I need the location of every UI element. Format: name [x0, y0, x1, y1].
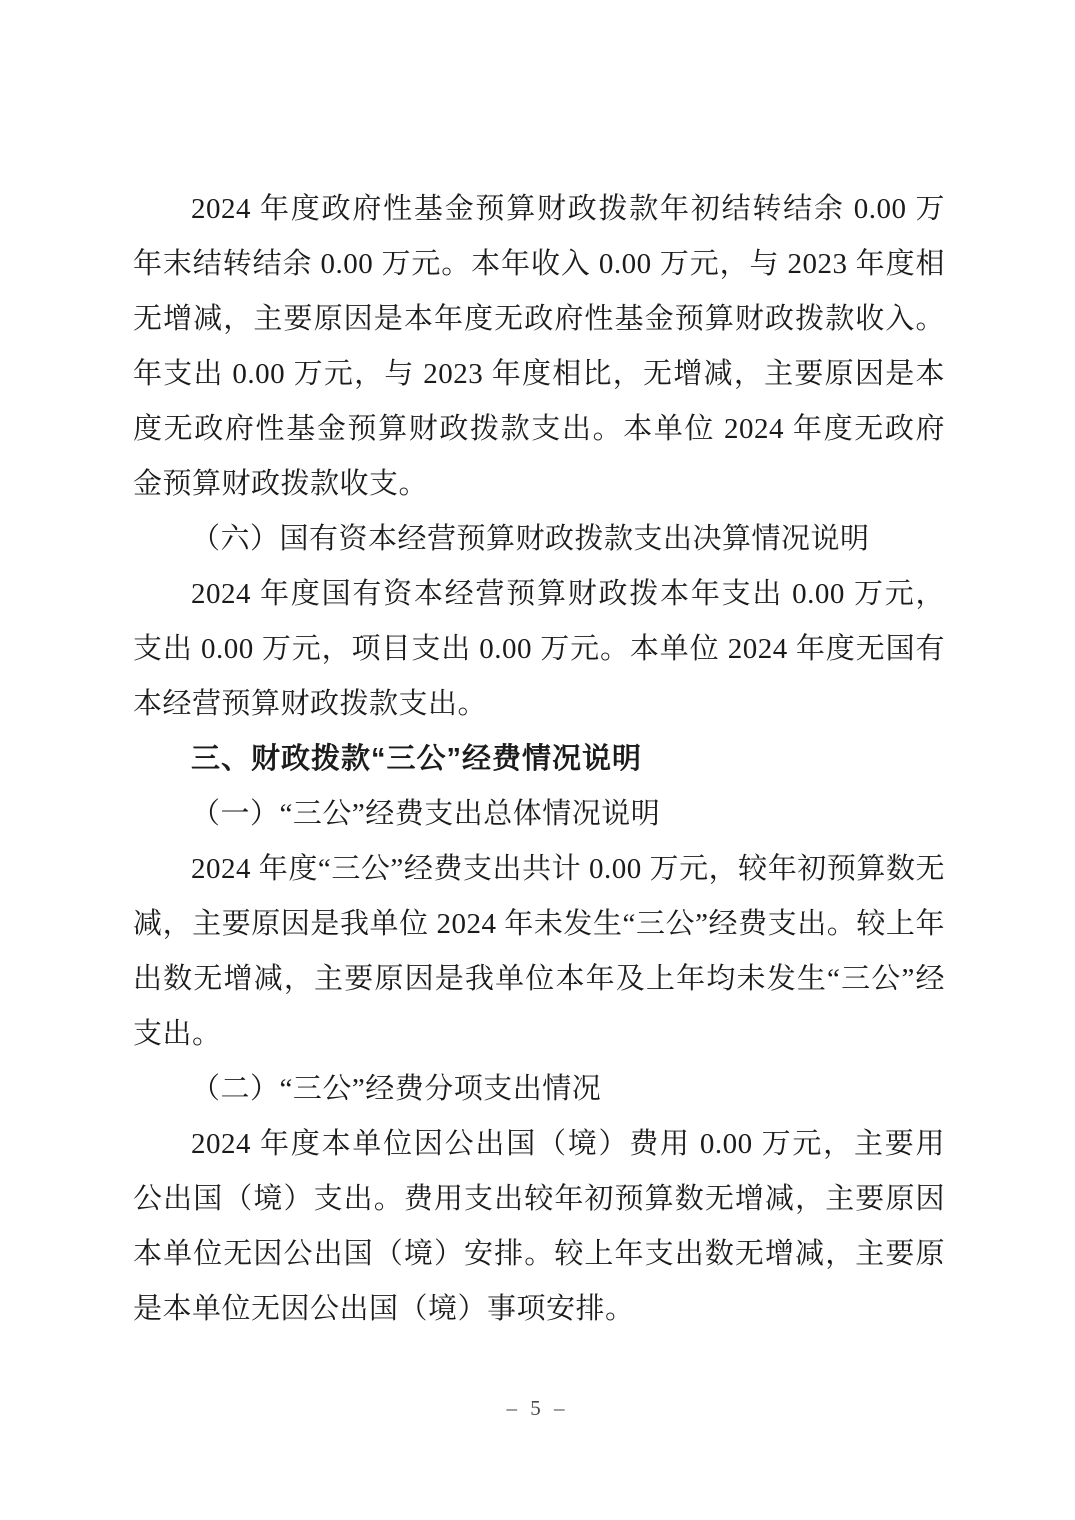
document-body: 2024 年度政府性基金预算财政拨款年初结转结余 0.00 万元， 年末结转结余…	[133, 182, 945, 1337]
paragraph-line: 支出。	[133, 1007, 945, 1062]
paragraph-line: 是本单位无因公出国（境）事项安排。	[133, 1282, 945, 1337]
paragraph-line: 无增减，主要原因是本年度无政府性基金预算财政拨款收入。本	[133, 292, 945, 347]
paragraph-line: 支出 0.00 万元，项目支出 0.00 万元。本单位 2024 年度无国有资	[133, 622, 945, 677]
paragraph-line: 减，主要原因是我单位 2024 年未发生“三公”经费支出。较上年支	[133, 897, 945, 952]
paragraph-line: 金预算财政拨款收支。	[133, 457, 945, 512]
paragraph-line: 2024 年度“三公”经费支出共计 0.00 万元，较年初预算数无增	[133, 842, 945, 897]
paragraph-line: 公出国（境）支出。费用支出较年初预算数无增减，主要原因是	[133, 1172, 945, 1227]
paragraph-line: 出数无增减，主要原因是我单位本年及上年均未发生“三公”经费	[133, 952, 945, 1007]
sub-heading-overall-expenditure: （一）“三公”经费支出总体情况说明	[133, 787, 945, 842]
paragraph-line: 度无政府性基金预算财政拨款支出。本单位 2024 年度无政府性基	[133, 402, 945, 457]
document-page: 2024 年度政府性基金预算财政拨款年初结转结余 0.00 万元， 年末结转结余…	[0, 0, 1075, 1520]
paragraph-line: 年支出 0.00 万元，与 2023 年度相比，无增减，主要原因是本年	[133, 347, 945, 402]
page-number: – 5 –	[0, 1396, 1075, 1421]
sub-heading-itemized-expenditure: （二）“三公”经费分项支出情况	[133, 1062, 945, 1117]
paragraph-line: 2024 年度国有资本经营预算财政拨本年支出 0.00 万元，基本	[133, 567, 945, 622]
paragraph-line: 2024 年度政府性基金预算财政拨款年初结转结余 0.00 万元，	[133, 182, 945, 237]
paragraph-line: 本单位无因公出国（境）安排。较上年支出数无增减，主要原因	[133, 1227, 945, 1282]
paragraph-line: 2024 年度本单位因公出国（境）费用 0.00 万元，主要用于因	[133, 1117, 945, 1172]
section-heading-three-public-funds: 三、财政拨款“三公”经费情况说明	[133, 732, 945, 787]
paragraph-line: 本经营预算财政拨款支出。	[133, 677, 945, 732]
paragraph-line: 年末结转结余 0.00 万元。本年收入 0.00 万元，与 2023 年度相比，	[133, 237, 945, 292]
sub-heading-state-capital: （六）国有资本经营预算财政拨款支出决算情况说明	[133, 512, 945, 567]
